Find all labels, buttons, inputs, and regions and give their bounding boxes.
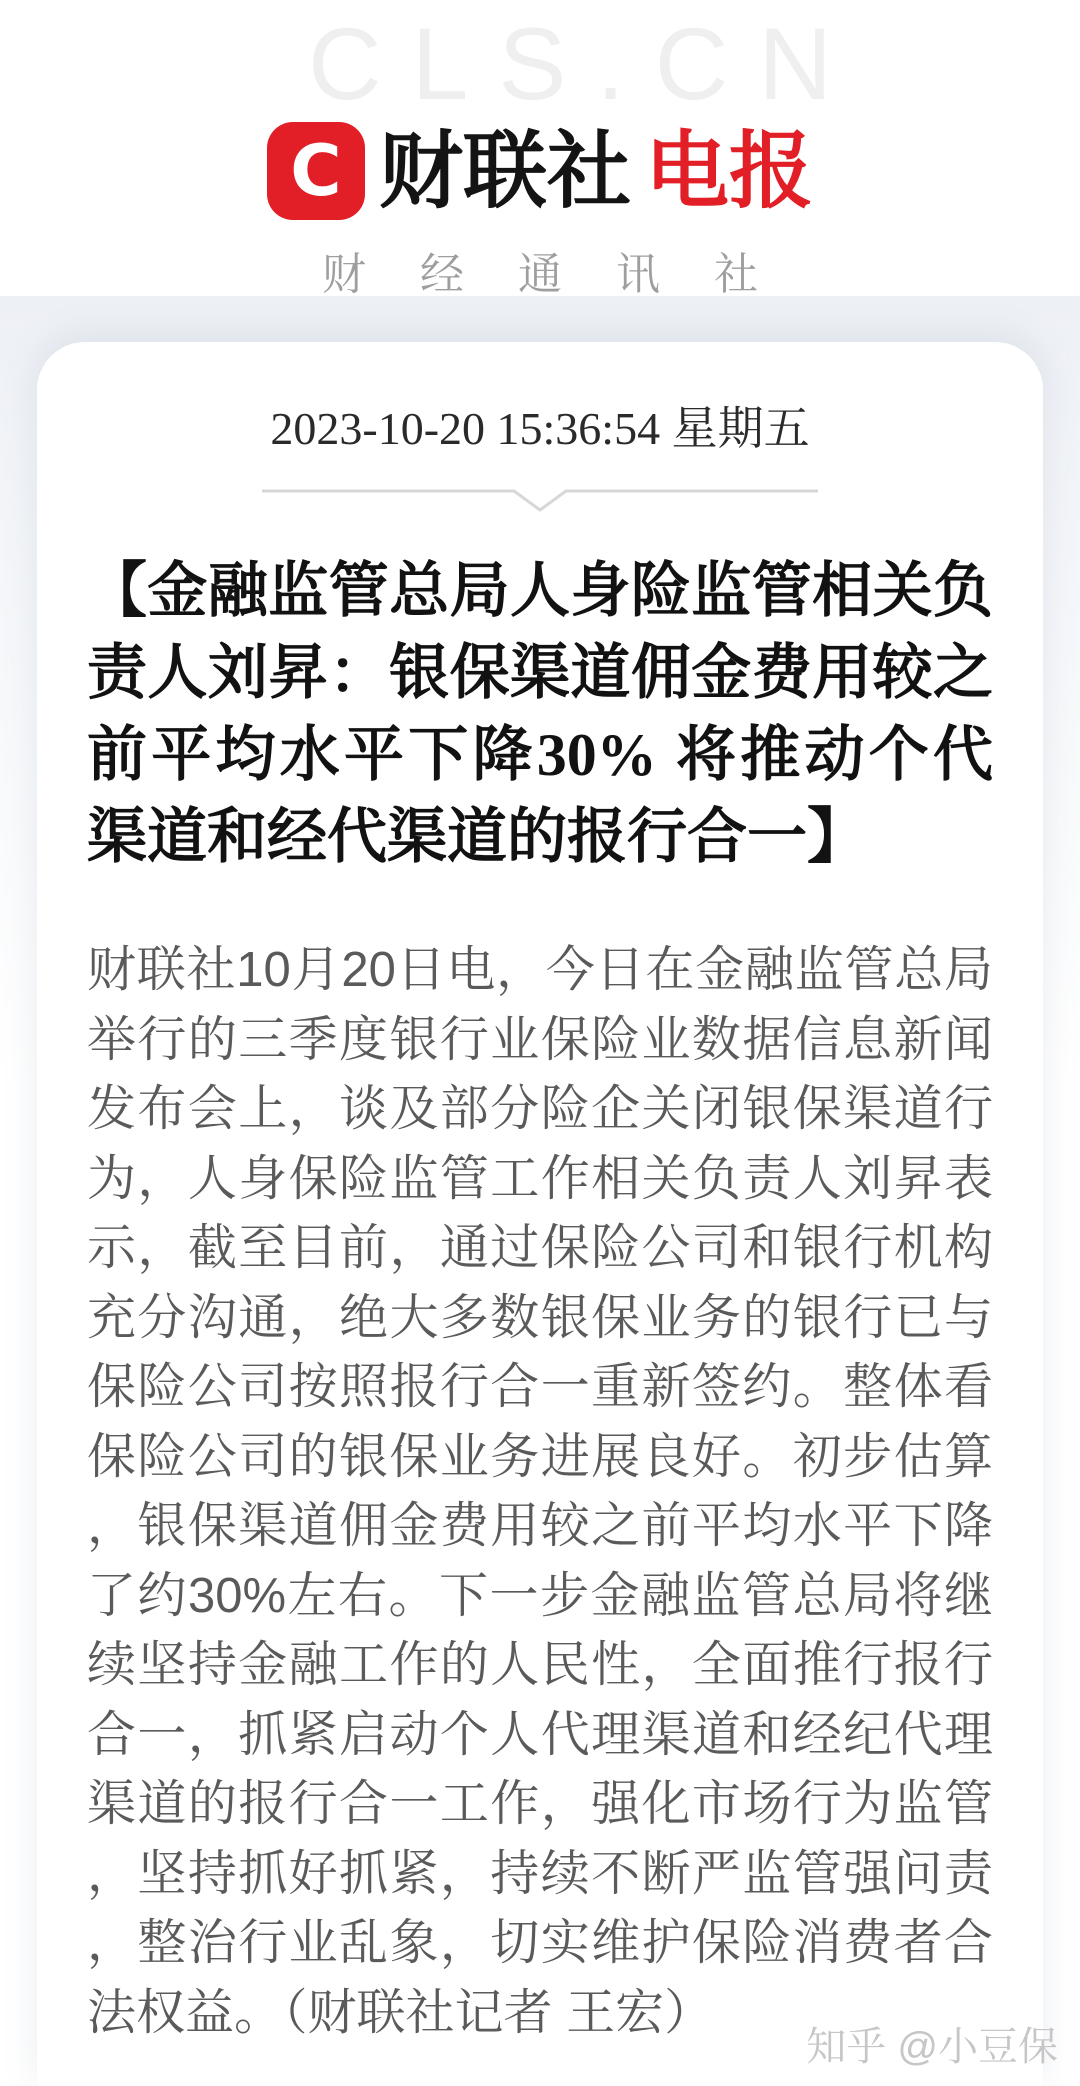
body-line: 财联社10月20日电，今日在金融监管总局 xyxy=(87,936,993,1006)
logo-text-dianbao: 电报 xyxy=(645,122,813,220)
body-line: 合一，抓紧启动个人代理渠道和经纪代理 xyxy=(87,1701,993,1771)
logo-text-cailianshe: 财联社 xyxy=(379,122,631,220)
body-line: 发布会上，谈及部分险企关闭银保渠道行 xyxy=(87,1075,993,1145)
body-line: 为，人身保险监管工作相关负责人刘昇表 xyxy=(87,1145,993,1215)
brand-tagline: 财经通讯社 xyxy=(0,238,1080,302)
cls-logo-icon: C xyxy=(267,122,365,220)
body-line: 渠道的报行合一工作，强化市场行为监管 xyxy=(87,1770,993,1840)
body-line: 保险公司按照报行合一重新签约。整体看 xyxy=(87,1353,993,1423)
app-header: CLS.CN C 财联社 电报 财经通讯社 xyxy=(0,0,1080,300)
cls-logo: C 财联社 电报 xyxy=(0,122,1080,220)
divider-notch xyxy=(261,488,819,514)
zhihu-watermark: 知乎 @小豆保 xyxy=(806,2015,1058,2072)
cls-cn-background-watermark: CLS.CN xyxy=(308,6,862,123)
post-datetime: 2023-10-20 15:36:54 星期五 xyxy=(87,404,993,454)
body-line: 保险公司的银保业务进展良好。初步估算 xyxy=(87,1423,993,1493)
body-line: ，坚持抓好抓紧，持续不断严监管强问责 xyxy=(87,1840,993,1910)
body-line: 举行的三季度银行业保险业数据信息新闻 xyxy=(87,1006,993,1076)
headline-line: 责人刘昇：银保渠道佣金费用较之 xyxy=(87,632,993,714)
body-line: ，银保渠道佣金费用较之前平均水平下降 xyxy=(87,1492,993,1562)
body-line: 示，截至目前，通过保险公司和银行机构 xyxy=(87,1214,993,1284)
body-line: 充分沟通，绝大多数银保业务的银行已与 xyxy=(87,1284,993,1354)
telegram-card: 2023-10-20 15:36:54 星期五 【金融监管总局人身险监管相关负责… xyxy=(37,342,1043,2086)
body-line: ，整治行业乱象，切实维护保险消费者合 xyxy=(87,1909,993,1979)
post-body: 财联社10月20日电，今日在金融监管总局举行的三季度银行业保险业数据信息新闻发布… xyxy=(87,936,993,2048)
headline-line: 【金融监管总局人身险监管相关负 xyxy=(87,550,993,632)
headline-line: 渠道和经代渠道的报行合一】 xyxy=(87,796,993,878)
post-headline: 【金融监管总局人身险监管相关负责人刘昇：银保渠道佣金费用较之前平均水平下降30%… xyxy=(87,550,993,878)
headline-line: 前平均水平下降30% 将推动个代 xyxy=(87,714,993,796)
body-line: 了约30%左右。下一步金融监管总局将继 xyxy=(87,1562,993,1632)
body-line: 续坚持金融工作的人民性，全面推行报行 xyxy=(87,1631,993,1701)
